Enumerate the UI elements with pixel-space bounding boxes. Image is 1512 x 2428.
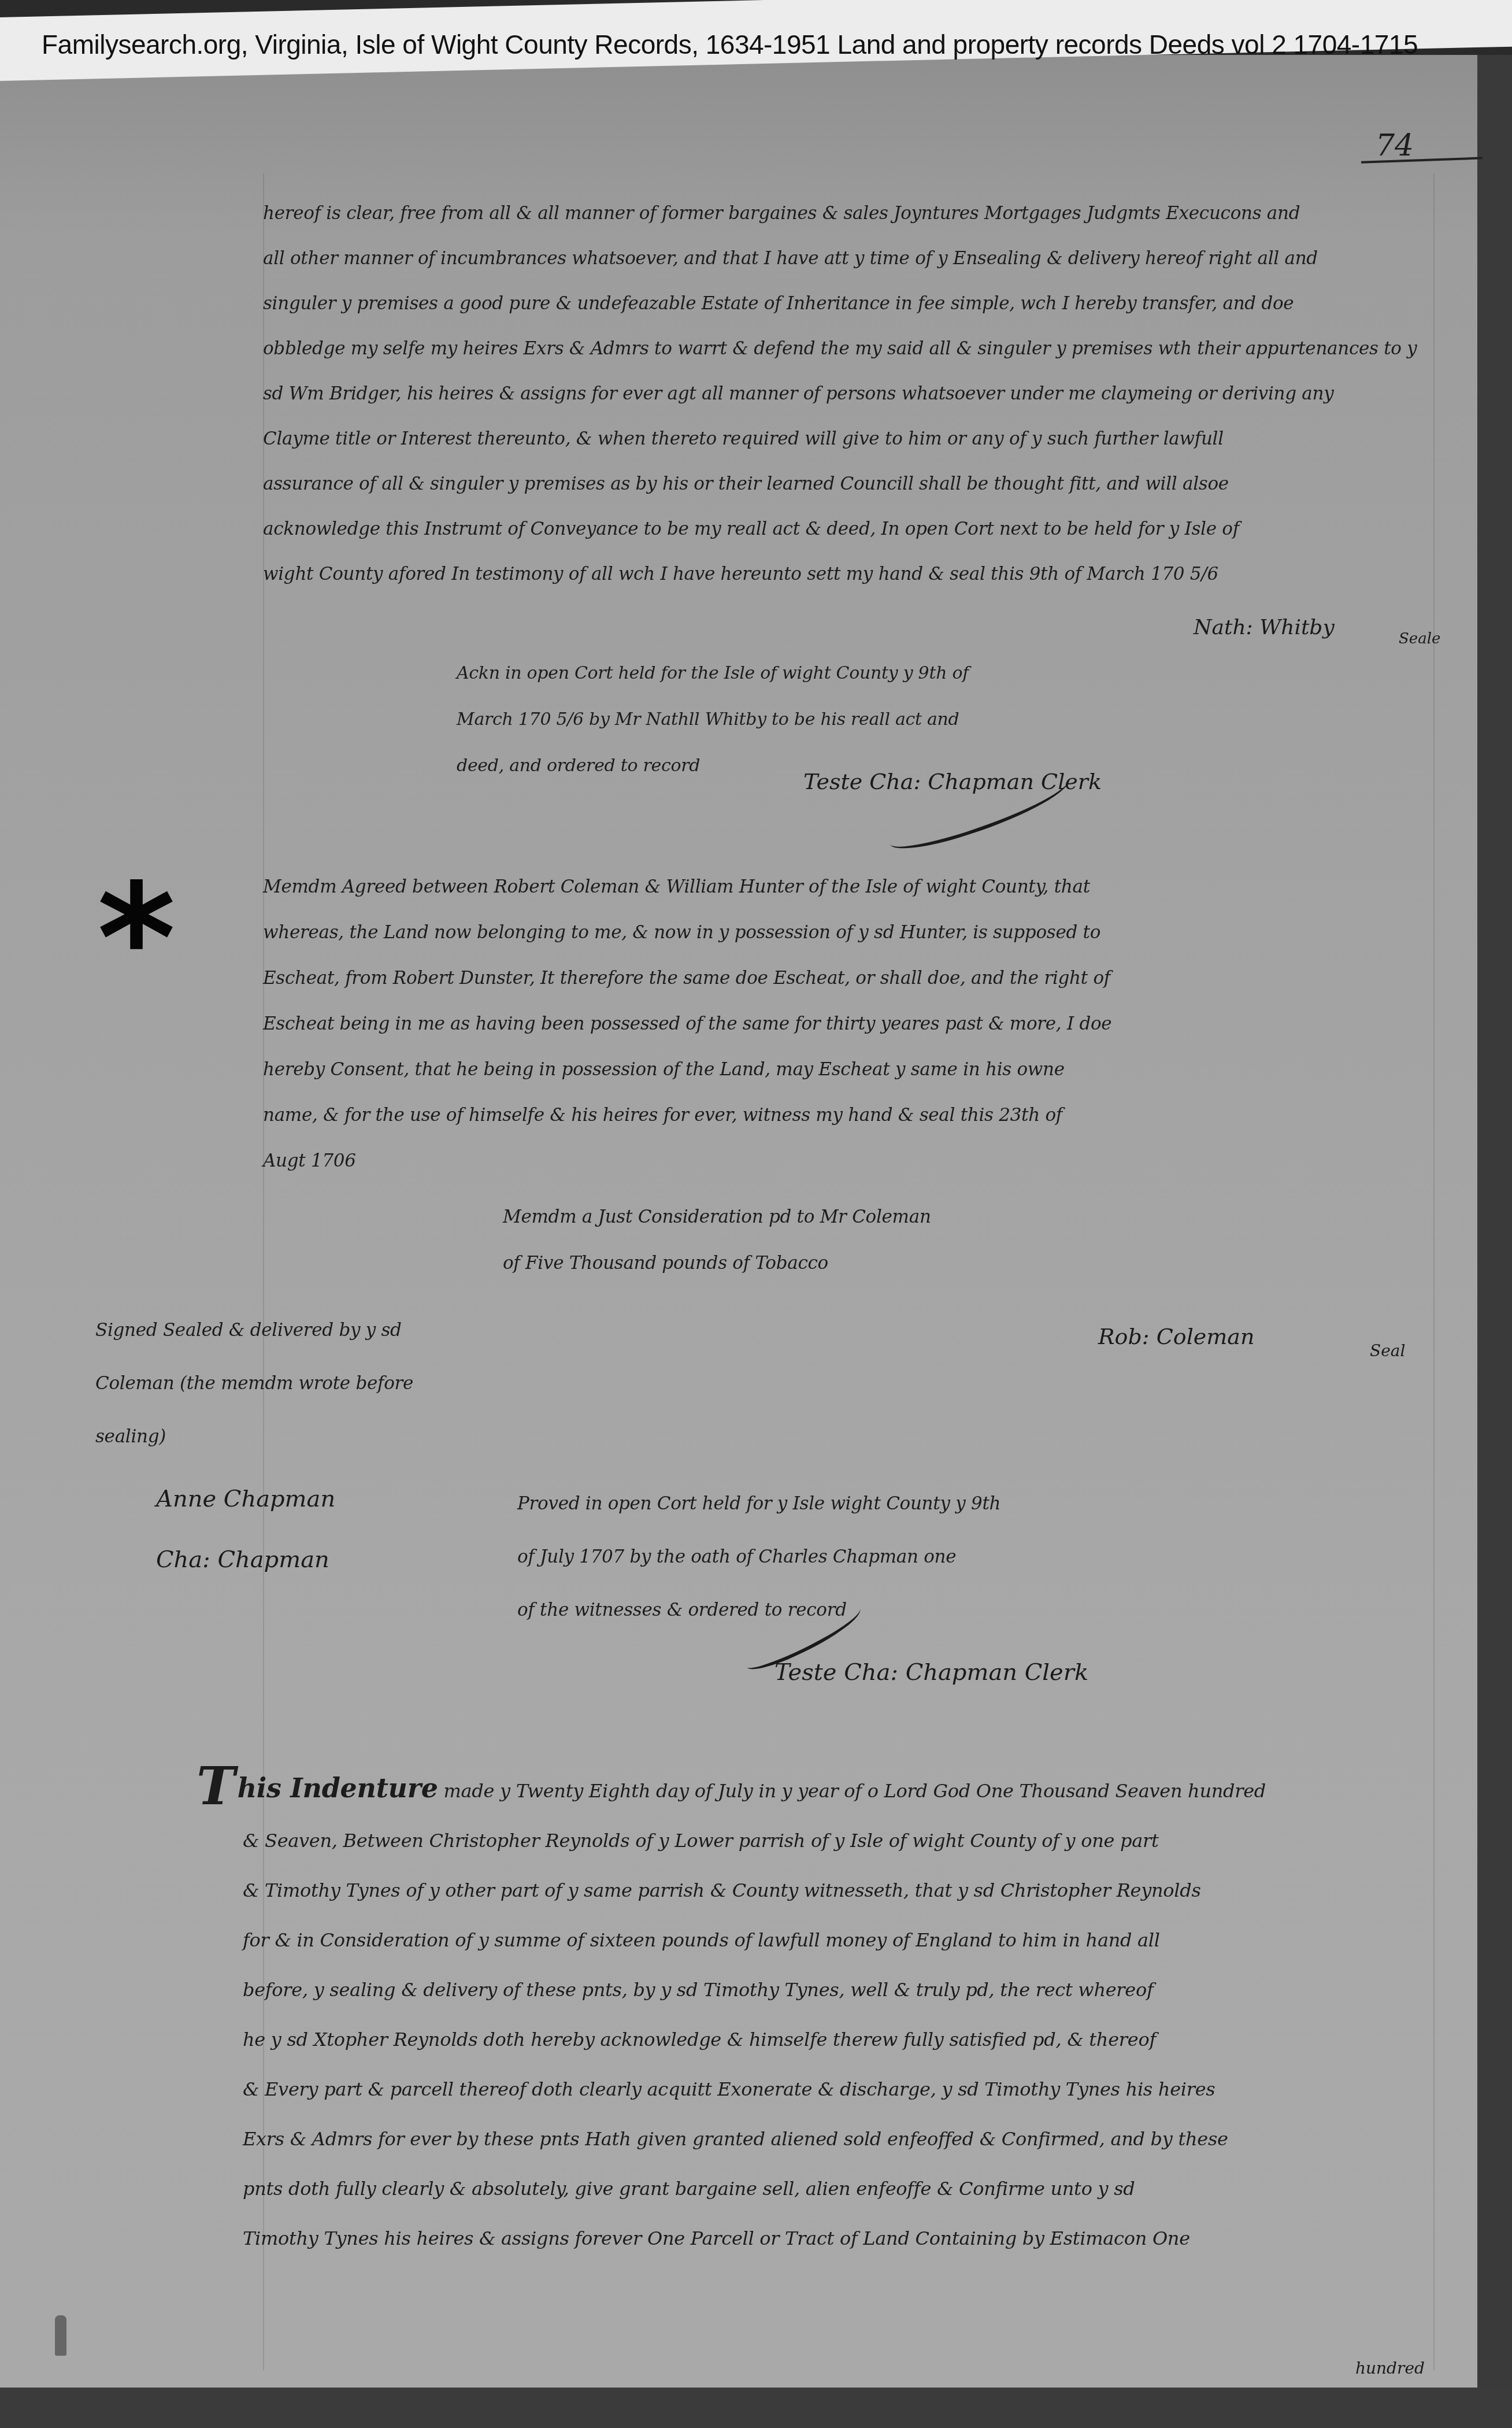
seal-label: Seale (1399, 630, 1440, 647)
text-line: all other manner of incumbrances whatsoe… (263, 236, 1417, 281)
text-line: Proved in open Cort held for y Isle wigh… (517, 1477, 1000, 1530)
text-line: March 170 5/6 by Mr Nathll Whitby to be … (457, 697, 969, 743)
indenture-heading-line: This Indenture made y Twenty Eighth day … (197, 1763, 1266, 1816)
text-line: acknowledge this Instrumt of Conveyance … (263, 506, 1417, 552)
text-line: Escheat being in me as having been posse… (263, 1001, 1111, 1047)
text-line: wight County afored In testimony of all … (263, 552, 1417, 597)
ruled-margin-right (1433, 173, 1435, 2370)
dropcap: T (197, 1756, 235, 1817)
page-number: 74 (1376, 128, 1414, 163)
text-line: Ackn in open Cort held for the Isle of w… (457, 650, 969, 697)
deed-conclusion: hereof is clear, free from all & all man… (263, 191, 1417, 597)
proved-statement: Proved in open Cort held for y Isle wigh… (517, 1477, 1000, 1637)
text-line: Escheat, from Robert Dunster, It therefo… (263, 956, 1111, 1001)
catchword: hundred (1355, 2359, 1425, 2378)
ink-mark (55, 2315, 66, 2356)
witness-block: Signed Sealed & delivered by y sd Colema… (95, 1304, 413, 1463)
scan-border-right (1477, 55, 1512, 2428)
text-line: Signed Sealed & delivered by y sd (95, 1304, 413, 1357)
text-line: Memdm Agreed between Robert Coleman & Wi… (263, 864, 1111, 910)
source-title: Familysearch.org, Virginia, Isle of Wigh… (42, 29, 1418, 60)
asterisk-marker: * (97, 882, 176, 997)
text-line: name, & for the use of himselfe & his he… (263, 1093, 1111, 1138)
scan-border-bottom (0, 2388, 1512, 2428)
acknowledgement: Ackn in open Cort held for the Isle of w… (457, 650, 969, 789)
text-line: Exrs & Admrs for ever by these pnts Hath… (197, 2114, 1266, 2164)
signature-nath-whitby: Nath: Whitby (1194, 616, 1335, 639)
text-line: made y Twenty Eighth day of July in y ye… (444, 1780, 1266, 1802)
text-line: Augt 1706 (263, 1138, 1111, 1184)
text-line: & Every part & parcell thereof doth clea… (197, 2064, 1266, 2114)
text-line: & Timothy Tynes of y other part of y sam… (197, 1866, 1266, 1915)
text-line: for & in Consideration of y summe of six… (197, 1915, 1266, 1965)
text-line: he y sd Xtopher Reynolds doth hereby ack… (197, 2015, 1266, 2064)
text-line: Memdm a Just Consideration pd to Mr Cole… (503, 1194, 931, 1240)
text-line: assurance of all & singuler y premises a… (263, 461, 1417, 506)
text-line: hereof is clear, free from all & all man… (263, 191, 1417, 236)
text-line: Coleman (the memdm wrote before (95, 1357, 413, 1410)
seal-label: Seal (1370, 1341, 1405, 1360)
text-line: before, y sealing & delivery of these pn… (197, 1965, 1266, 2015)
text-line: Timothy Tynes his heires & assigns forev… (197, 2214, 1266, 2263)
witness-signature: Cha: Chapman (156, 1546, 329, 1573)
text-line: hereby Consent, that he being in possess… (263, 1047, 1111, 1093)
text-line: of the witnesses & ordered to record (517, 1583, 1000, 1637)
text-line: Clayme title or Interest thereunto, & wh… (263, 416, 1417, 461)
text-line: of Five Thousand pounds of Tobacco (503, 1240, 931, 1286)
text-line: whereas, the Land now belonging to me, &… (263, 910, 1111, 956)
witness-signature: Anne Chapman (156, 1486, 335, 1512)
text-line: singuler y premises a good pure & undefe… (263, 281, 1417, 326)
signature-rob-coleman: Rob: Coleman (1098, 1324, 1254, 1349)
memorandum: Memdm Agreed between Robert Coleman & Wi… (263, 864, 1111, 1184)
text-line: pnts doth fully clearly & absolutely, gi… (197, 2164, 1266, 2214)
indenture-heading: his Indenture (238, 1772, 438, 1804)
clerk-attestation: Teste Cha: Chapman Clerk (774, 1659, 1088, 1686)
text-line: obbledge my selfe my heires Exrs & Admrs… (263, 326, 1417, 371)
text-line: & Seaven, Between Christopher Reynolds o… (197, 1816, 1266, 1866)
text-line: sd Wm Bridger, his heires & assigns for … (263, 371, 1417, 416)
text-line: of July 1707 by the oath of Charles Chap… (517, 1530, 1000, 1583)
indenture: This Indenture made y Twenty Eighth day … (197, 1763, 1266, 2263)
memorandum-consideration: Memdm a Just Consideration pd to Mr Cole… (503, 1194, 931, 1286)
text-line: sealing) (95, 1410, 413, 1463)
